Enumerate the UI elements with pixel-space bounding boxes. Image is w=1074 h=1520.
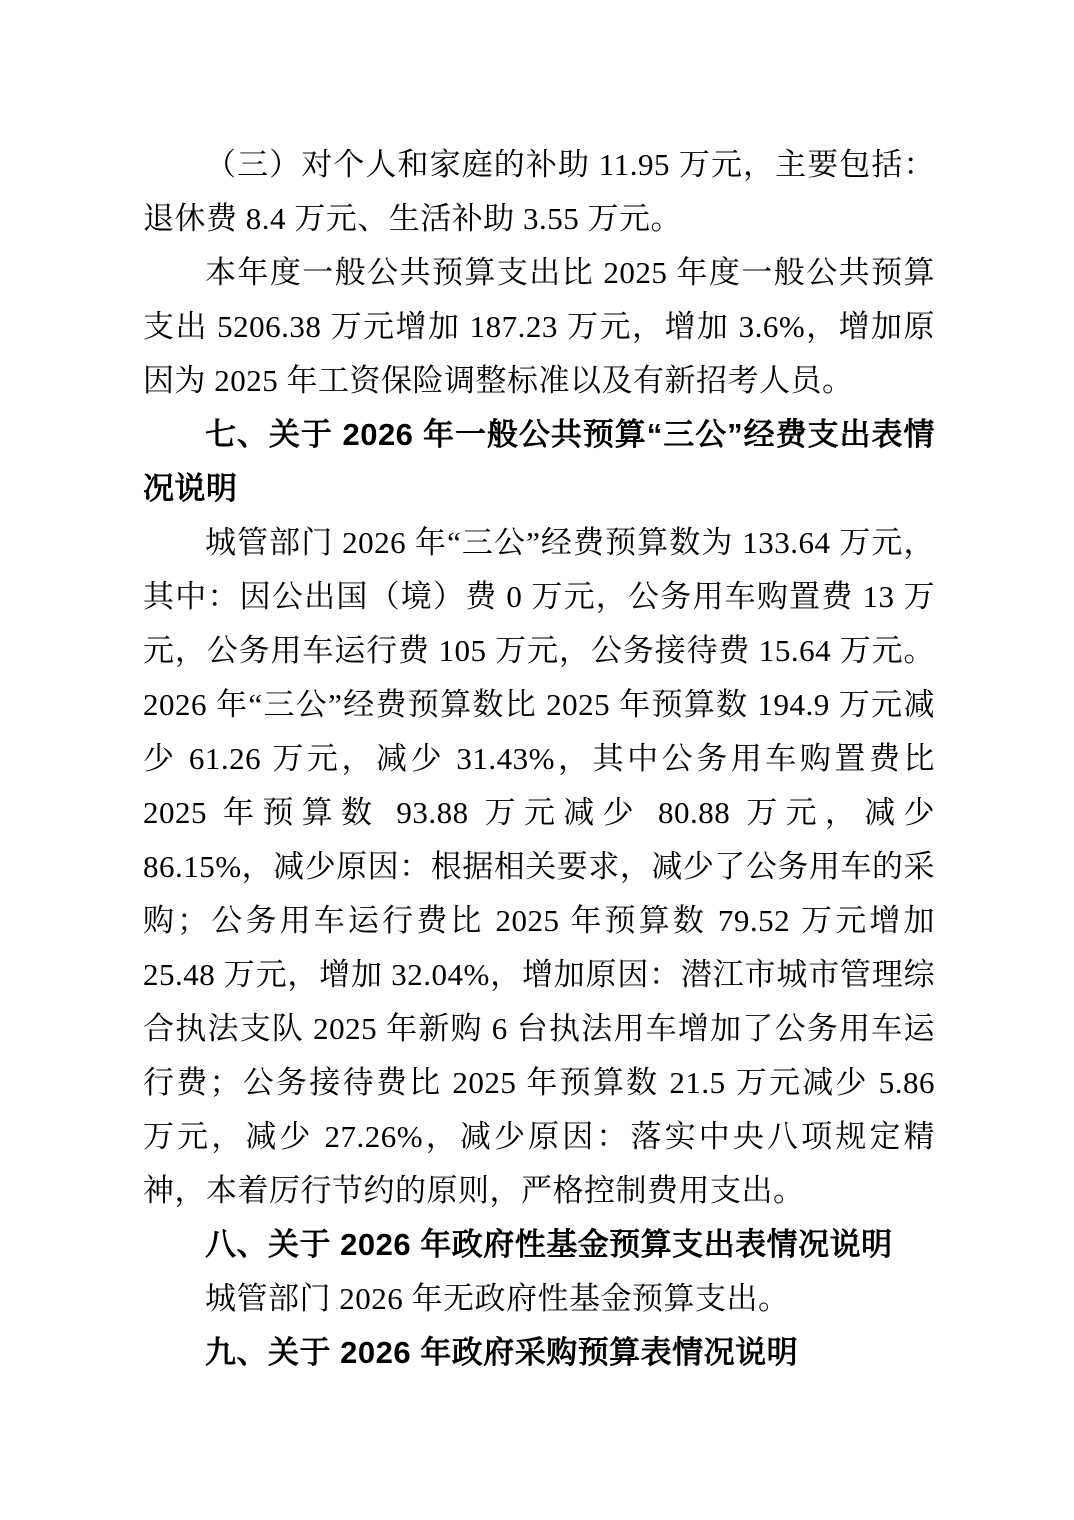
heading-section-8-government-fund-budget: 八、关于 2026 年政府性基金预算支出表情况说明	[143, 1218, 935, 1272]
paragraph-personal-family-subsidy: （三）对个人和家庭的补助 11.95 万元，主要包括：退休费 8.4 万元、生活…	[143, 138, 935, 246]
document-page: （三）对个人和家庭的补助 11.95 万元，主要包括：退休费 8.4 万元、生活…	[143, 138, 935, 1380]
heading-section-7-three-public-expenses: 七、关于 2026 年一般公共预算“三公”经费支出表情况说明	[143, 408, 935, 516]
heading-section-9-government-procurement-budget: 九、关于 2026 年政府采购预算表情况说明	[143, 1326, 935, 1380]
paragraph-government-fund-statement: 城管部门 2026 年无政府性基金预算支出。	[143, 1272, 935, 1326]
paragraph-three-public-expenses-detail: 城管部门 2026 年“三公”经费预算数为 133.64 万元，其中：因公出国（…	[143, 516, 935, 1218]
paragraph-annual-budget-comparison: 本年度一般公共预算支出比 2025 年度一般公共预算支出 5206.38 万元增…	[143, 246, 935, 408]
